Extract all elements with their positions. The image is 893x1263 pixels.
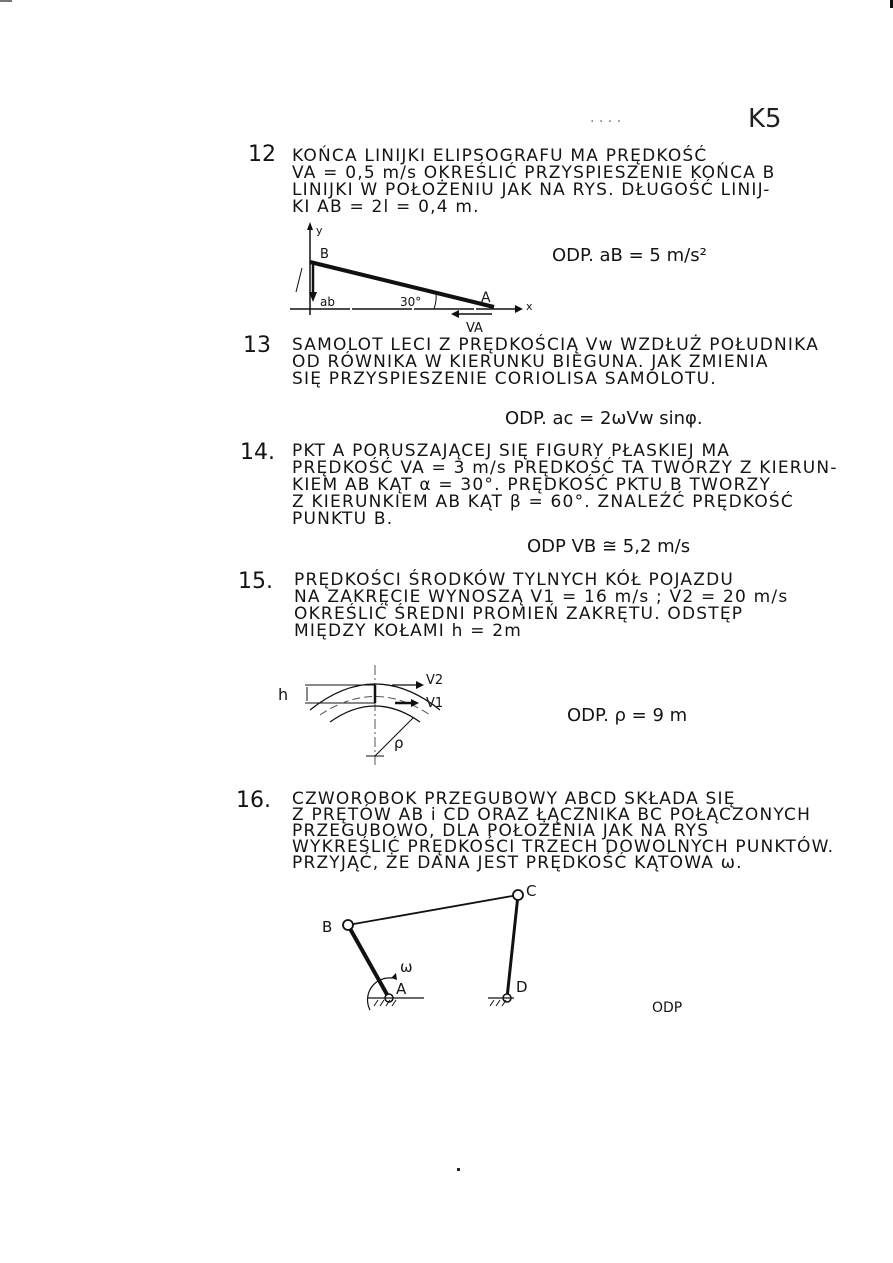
- label-h: h: [278, 685, 288, 704]
- label-v2: V2: [426, 673, 443, 688]
- problem-12-answer: ODP. aB = 5 m/s²: [552, 245, 707, 266]
- label-d: D: [516, 978, 528, 996]
- problem-14-line: PUNKTU B.: [292, 511, 838, 528]
- dots: . . . .: [590, 110, 621, 126]
- label-c: C: [526, 882, 536, 900]
- label-y: y: [316, 224, 323, 237]
- label-a: A: [481, 290, 491, 306]
- problem-14-text: PKT A PORUSZAJĄCEJ SIĘ FIGURY PŁASKIEJ M…: [292, 443, 838, 528]
- label-ab: ab: [320, 295, 335, 309]
- problem-15-line: MIĘDZY KOŁAMI h = 2m: [294, 623, 788, 640]
- problem-16-number: 16.: [236, 788, 271, 813]
- problem-12-text: KOŃCA LINIJKI ELIPSOGRAFU MA PRĘDKOŚĆ VA…: [292, 148, 775, 216]
- problem-13-answer: ODP. ac = 2ωVw sinφ.: [505, 408, 703, 429]
- four-bar-linkage-figure: B C A D ω: [300, 880, 560, 1020]
- problem-12-line: KI AB = 2l = 0,4 m.: [292, 199, 775, 216]
- label-angle: 30°: [400, 295, 421, 309]
- problem-15-text: PRĘDKOŚCI ŚRODKÓW TYLNYCH KÓŁ POJAZDU NA…: [294, 572, 788, 640]
- label-x: x: [526, 300, 533, 313]
- problem-14-answer: ODP VB ≅ 5,2 m/s: [527, 536, 690, 557]
- problem-16-line: PRZYJĄĆ, ŻE DANA JEST PRĘDKOŚĆ KĄTOWA ω.: [292, 856, 834, 872]
- scan-mark: [0, 0, 12, 2]
- page-tag: K5: [748, 104, 782, 134]
- problem-16-text: CZWOROBOK PRZEGUBOWY ABCD SKŁADA SIĘ Z P…: [292, 792, 834, 872]
- label-rho: ρ: [394, 734, 404, 752]
- problem-13-line: SIĘ PRZYSPIESZENIE CORIOLISA SAMOLOTU.: [292, 371, 819, 388]
- ellipsograph-figure: B y x A 30° VA ab: [280, 220, 540, 340]
- label-b: B: [322, 918, 332, 936]
- problem-14-number: 14.: [240, 440, 275, 465]
- label-b: B: [320, 247, 329, 262]
- turn-radius-figure: h V2 V1 ρ: [270, 660, 470, 770]
- problem-15-number: 15.: [238, 569, 273, 594]
- problem-12-number: 12: [248, 142, 276, 167]
- label-v1: V1: [426, 696, 443, 711]
- label-a: A: [396, 980, 407, 998]
- scan-speck: [457, 1168, 460, 1171]
- problem-13-number: 13: [243, 333, 271, 358]
- problem-16-answer: ODP: [652, 1000, 682, 1016]
- problem-15-answer: ODP. ρ = 9 m: [567, 705, 687, 726]
- label-va: VA: [466, 321, 483, 336]
- label-omega: ω: [400, 958, 413, 976]
- problem-13-text: SAMOLOT LECI Z PRĘDKOŚCIĄ Vw WZDŁUŻ POŁU…: [292, 337, 819, 388]
